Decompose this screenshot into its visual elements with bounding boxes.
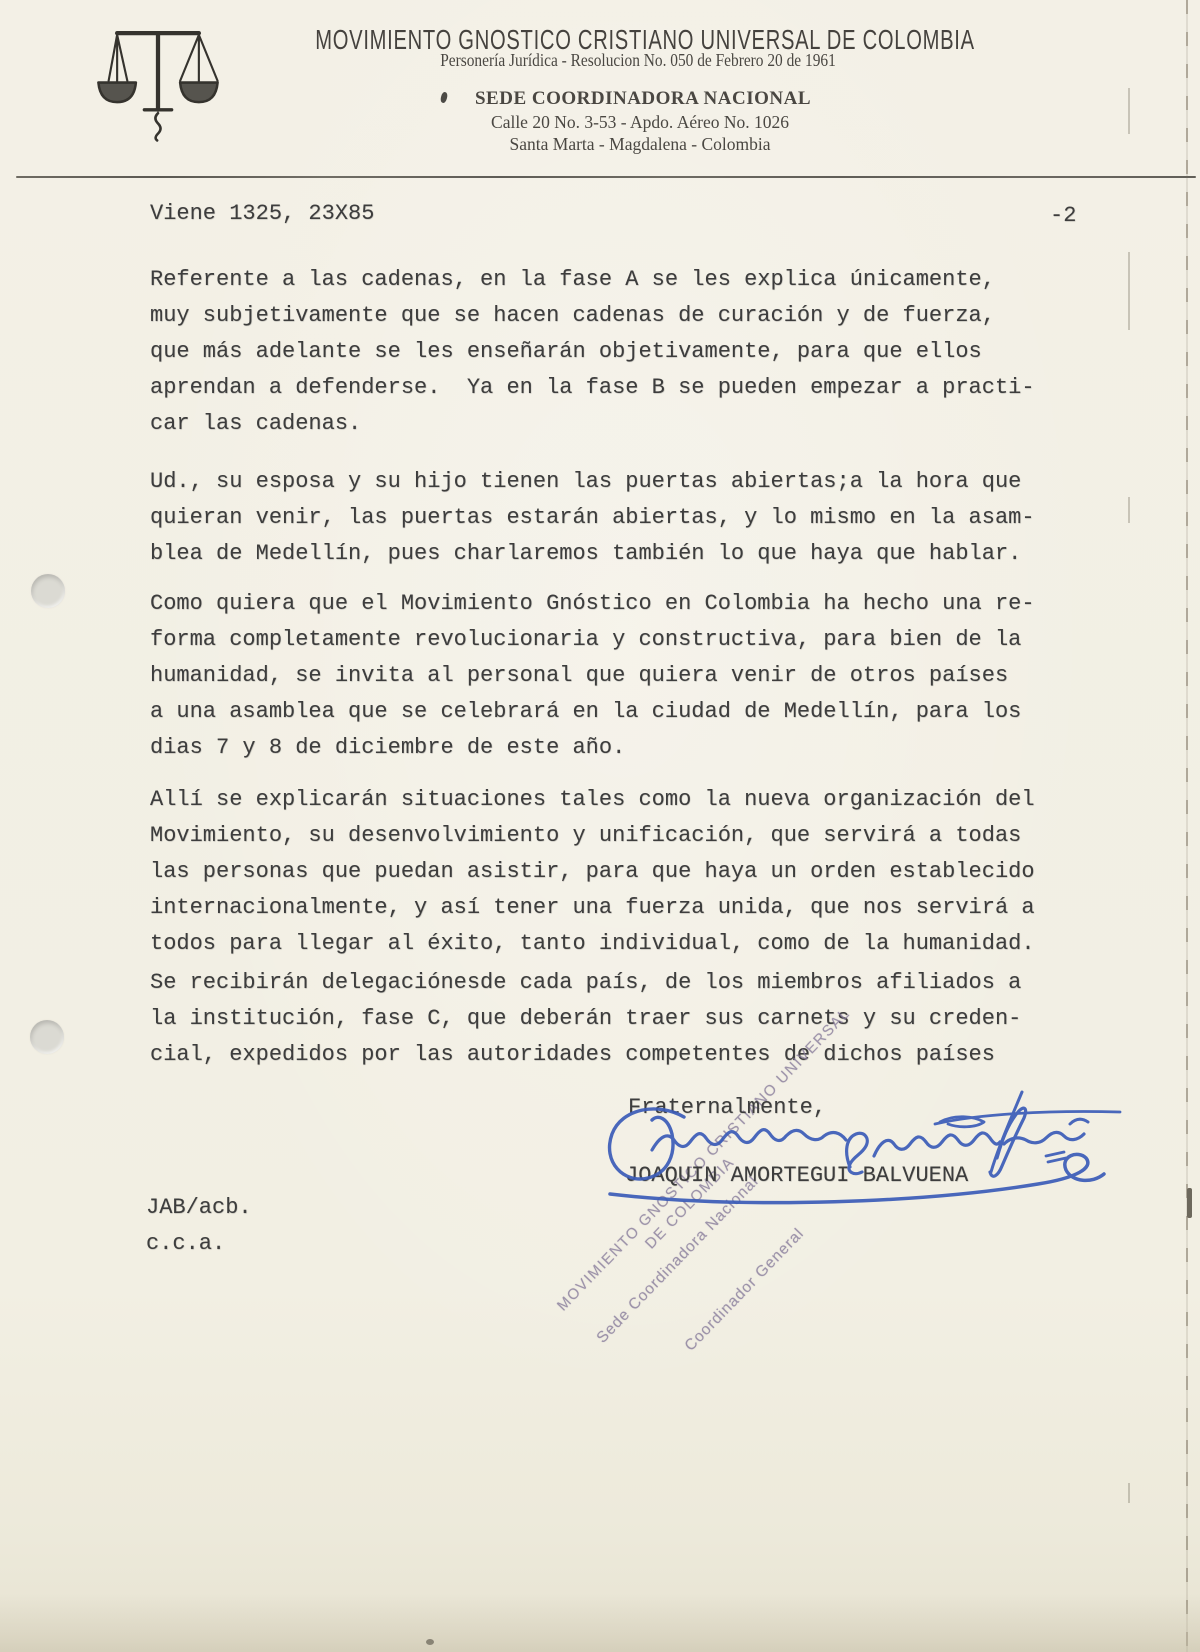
punch-hole-bottom — [30, 1020, 64, 1054]
office-line: SEDE COORDINADORA NACIONAL — [475, 88, 811, 110]
page-edge-mark — [1187, 1188, 1192, 1218]
paper-crease — [1128, 88, 1130, 134]
letterhead-divider — [16, 176, 1196, 178]
paper-crease — [1128, 497, 1130, 523]
paper-crease — [1128, 252, 1130, 330]
paragraph-5: Se recibirán delegaciónesde cada país, d… — [150, 965, 1021, 1073]
paragraph-3: Como quiera que el Movimiento Gnóstico e… — [150, 586, 1035, 766]
address-line-1: Calle 20 No. 3-53 - Apdo. Aéreo No. 1026 — [491, 112, 789, 133]
scan-bottom-shadow — [0, 1594, 1200, 1652]
handwritten-signature — [588, 1072, 1133, 1222]
paragraph-1: Referente a las cadenas, en la fase A se… — [150, 262, 1035, 442]
scanned-letter-page: { "letterhead": { "org_name": "MOVIMIENT… — [0, 0, 1200, 1652]
ink-speck — [440, 91, 448, 103]
scales-of-justice-icon — [95, 8, 221, 152]
address-line-2: Santa Marta - Magdalena - Colombia — [510, 134, 771, 155]
typist-initials: JAB/acb. — [146, 1190, 252, 1226]
reference-line: Viene 1325, 23X85 — [150, 196, 374, 232]
page-edge-shadow — [1186, 0, 1188, 1652]
paragraph-4: Allí se explicarán situaciones tales com… — [150, 782, 1035, 962]
carbon-copy-note: c.c.a. — [146, 1226, 225, 1262]
page-number: -2 — [1050, 198, 1076, 234]
paragraph-2: Ud., su esposa y su hijo tienen las puer… — [150, 464, 1035, 572]
paper-crease — [1128, 1483, 1130, 1503]
legal-line: Personería Jurídica - Resolucion No. 050… — [440, 50, 836, 71]
punch-hole-top — [31, 574, 65, 608]
